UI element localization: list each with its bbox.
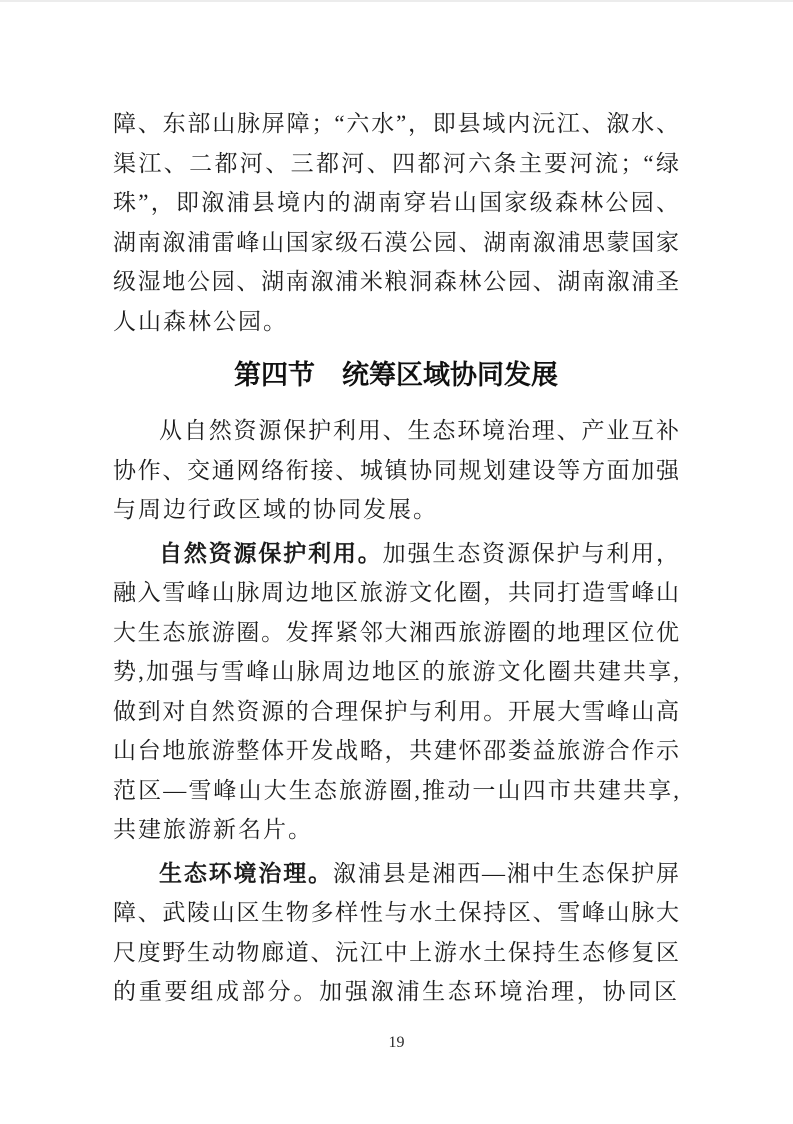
text-line: 融入雪峰山脉周边地区旅游文化圈，共同打造雪峰山 bbox=[113, 573, 679, 613]
text-block: 障、东部山脉屏障；“六水”，即县域内沅江、溆水、 渠江、二都河、三都河、四都河六… bbox=[113, 104, 679, 1012]
text-line: 大生态旅游圈。发挥紧邻大湘西旅游圈的地理区位优 bbox=[113, 613, 679, 653]
text-line: 障、武陵山区生物多样性与水土保持区、雪峰山脉大 bbox=[113, 893, 679, 933]
text-line: 的重要组成部分。加强溆浦生态环境治理，协同区域 bbox=[113, 972, 679, 1012]
text-line: 障、东部山脉屏障；“六水”，即县域内沅江、溆水、 bbox=[113, 104, 679, 144]
text-line: 尺度野生动物廊道、沅江中上游水土保持生态修复区 bbox=[113, 933, 679, 973]
text-line: 人山森林公园。 bbox=[113, 302, 679, 342]
paragraph: 自然资源保护利用。加强生态资源保护与利用， 融入雪峰山脉周边地区旅游文化圈，共同… bbox=[113, 534, 679, 850]
text-line: 从自然资源保护利用、生态环境治理、产业互补 bbox=[113, 411, 679, 451]
text-line: 渠江、二都河、三都河、四都河六条主要河流；“绿 bbox=[113, 144, 679, 184]
text-line: 范区—雪峰山大生态旅游圈,推动一山四市共建共享, bbox=[113, 771, 679, 811]
paragraph-lead-rest: 溆浦县是湘西—湘中生态保护屏 bbox=[333, 861, 679, 886]
paragraph-continued: 障、东部山脉屏障；“六水”，即县域内沅江、溆水、 渠江、二都河、三都河、四都河六… bbox=[113, 104, 679, 341]
paragraph-lead: 自然资源保护利用。 bbox=[159, 541, 383, 566]
text-line: 湖南溆浦雷峰山国家级石漠公园、湖南溆浦思蒙国家 bbox=[113, 223, 679, 263]
text-line: 珠”，即溆浦县境内的湖南穿岩山国家级森林公园、 bbox=[113, 183, 679, 223]
text-line: 共建旅游新名片。 bbox=[113, 810, 679, 850]
paragraph-lead: 生态环境治理。 bbox=[159, 861, 333, 886]
paragraph-lead-rest: 加强生态资源保护与利用， bbox=[383, 541, 679, 566]
section-heading: 第四节 统筹区域协同发展 bbox=[113, 347, 679, 403]
text-line: 协作、交通网络衔接、城镇协同规划建设等方面加强 bbox=[113, 451, 679, 491]
document-page: 障、东部山脉屏障；“六水”，即县域内沅江、溆水、 渠江、二都河、三都河、四都河六… bbox=[0, 0, 793, 1124]
text-line: 势,加强与雪峰山脉周边地区的旅游文化圈共建共享, bbox=[113, 652, 679, 692]
text-line: 自然资源保护利用。加强生态资源保护与利用， bbox=[113, 534, 679, 574]
page-number: 19 bbox=[0, 1032, 793, 1054]
text-line: 级湿地公园、湖南溆浦米粮洞森林公园、湖南溆浦圣 bbox=[113, 262, 679, 302]
paragraph: 从自然资源保护利用、生态环境治理、产业互补 协作、交通网络衔接、城镇协同规划建设… bbox=[113, 411, 679, 530]
text-line: 与周边行政区域的协同发展。 bbox=[113, 490, 679, 530]
text-line: 生态环境治理。溆浦县是湘西—湘中生态保护屏 bbox=[113, 854, 679, 894]
text-line: 山台地旅游整体开发战略，共建怀邵娄益旅游合作示 bbox=[113, 731, 679, 771]
text-line: 做到对自然资源的合理保护与利用。开展大雪峰山高 bbox=[113, 692, 679, 732]
paragraph: 生态环境治理。溆浦县是湘西—湘中生态保护屏 障、武陵山区生物多样性与水土保持区、… bbox=[113, 854, 679, 1012]
